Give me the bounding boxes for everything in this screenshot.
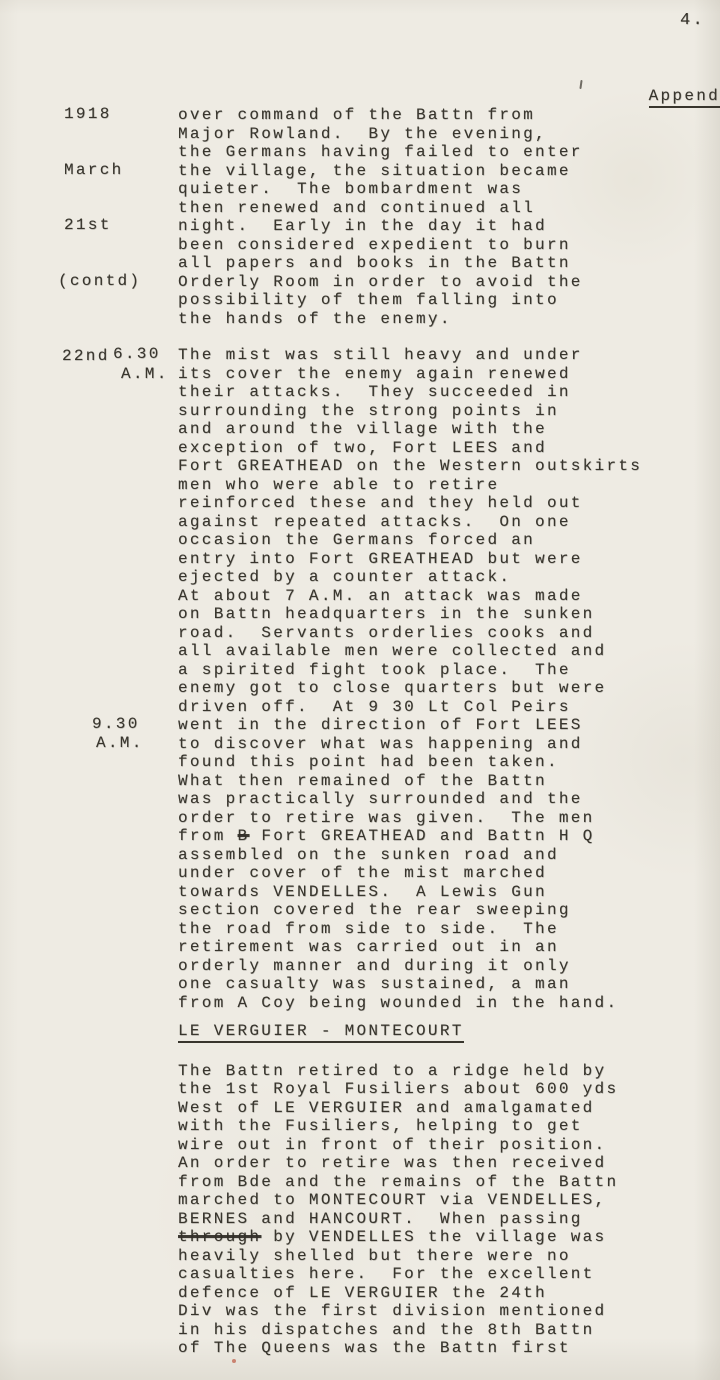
text-line: from Bde and the remains of the Battn <box>178 1173 642 1192</box>
text-line: assembled on the sunken road and <box>178 846 642 865</box>
date-block: 1918 March 21st (contd) <box>64 68 141 327</box>
text-line: the hands of the enemy. <box>178 310 642 329</box>
text-line: driven off. At 9 30 Lt Col Peirs <box>178 698 642 717</box>
text-line: been considered expedient to burn <box>178 236 642 255</box>
text-line: ejected by a counter attack. <box>178 568 642 587</box>
text-line: through by VENDELLES the village was <box>178 1228 642 1247</box>
text-line: its cover the enemy again renewed <box>178 365 642 384</box>
text-line: all available men were collected and <box>178 642 642 661</box>
text-line: on Battn headquarters in the sunken <box>178 605 642 624</box>
text-line: in his dispatches and the 8th Battn <box>178 1321 642 1340</box>
page-number: 4. <box>680 12 705 31</box>
text-line: BERNES and HANCOURT. When passing <box>178 1210 642 1229</box>
meridiem-930: A.M. <box>96 734 144 753</box>
text-line: the village, the situation became <box>178 162 642 181</box>
text-line: over command of the Battn from <box>178 106 642 125</box>
text-line: Orderly Room in order to avoid the <box>178 273 642 292</box>
text-line: exception of two, Fort LEES and <box>178 439 642 458</box>
date-day-contd: (contd) <box>58 272 141 291</box>
text-line: occasion the Germans forced an <box>178 531 642 550</box>
text-line: What then remained of the Battn <box>178 772 642 791</box>
text-line: their attacks. They succeeded in <box>178 383 642 402</box>
text-line: to discover what was happening and <box>178 735 642 754</box>
text-line: enemy got to close quarters but were <box>178 679 642 698</box>
time-630: 6.30 <box>113 345 161 364</box>
text-line: surrounding the strong points in <box>178 402 642 421</box>
paper-sheet: 4. Appendix. 1918 March 21st (contd) 22n… <box>0 0 720 1380</box>
text-line: Div was the first division mentioned <box>178 1302 642 1321</box>
date-day: 21st <box>64 216 141 235</box>
text-line: towards VENDELLES. A Lewis Gun <box>178 883 642 902</box>
ink-speck <box>232 1359 236 1363</box>
text-line: order to retire was given. The men <box>178 809 642 828</box>
text-line: entry into Fort GREATHEAD but were <box>178 550 642 569</box>
text-line: orderly manner and during it only <box>178 957 642 976</box>
meridiem-630: A.M. <box>121 365 169 384</box>
text-line: At about 7 A.M. an attack was made <box>178 587 642 606</box>
text-line: heavily shelled but there were no <box>178 1247 642 1266</box>
text-line: The mist was still heavy and under <box>178 346 642 365</box>
text-line: the Germans having failed to enter <box>178 143 642 162</box>
text-line: LE VERGUIER - MONTECOURT <box>178 1022 642 1041</box>
section-heading: LE VERGUIER - MONTECOURT <box>178 1022 642 1041</box>
text-line: West of LE VERGUIER and amalgamated <box>178 1099 642 1118</box>
date-year: 1918 <box>64 105 141 124</box>
text-line: men who were able to retire <box>178 476 642 495</box>
text-line: and around the village with the <box>178 420 642 439</box>
text-line: retirement was carried out in an <box>178 938 642 957</box>
text-line: of The Queens was the Battn first <box>178 1339 642 1358</box>
text-line: Major Rowland. By the evening, <box>178 125 642 144</box>
text-line: The Battn retired to a ridge held by <box>178 1062 642 1081</box>
text-line: all papers and books in the Battn <box>178 254 642 273</box>
text-line: casualties here. For the excellent <box>178 1265 642 1284</box>
text-line: from A Coy being wounded in the hand. <box>178 994 642 1013</box>
text-line: found this point had been taken. <box>178 753 642 772</box>
text-line: one casualty was sustained, a man <box>178 975 642 994</box>
text-line: reinforced these and they held out <box>178 494 642 513</box>
paragraph: over command of the Battn fromMajor Rowl… <box>178 106 642 328</box>
text-line: wire out in front of their position. <box>178 1136 642 1155</box>
text-line: defence of LE VERGUIER the 24th <box>178 1284 642 1303</box>
text-line: under cover of the mist marched <box>178 864 642 883</box>
text-line: then renewed and continued all <box>178 199 642 218</box>
date-month: March <box>64 161 141 180</box>
time-930: 9.30 <box>92 715 140 734</box>
date-day-22: 22nd <box>62 347 110 366</box>
appendix-label: Appendix. <box>649 87 720 108</box>
text-line: road. Servants orderlies cooks and <box>178 624 642 643</box>
text-line: Fort GREATHEAD on the Western outskirts <box>178 457 642 476</box>
paragraph: The mist was still heavy and underits co… <box>178 346 642 1012</box>
text-line: was practically surrounded and the <box>178 790 642 809</box>
text-line: section covered the rear sweeping <box>178 901 642 920</box>
text-line: with the Fusiliers, helping to get <box>178 1117 642 1136</box>
text-line: against repeated attacks. On one <box>178 513 642 532</box>
text-line: a spirited fight took place. The <box>178 661 642 680</box>
text-line: night. Early in the day it had <box>178 217 642 236</box>
text-line: from B Fort GREATHEAD and Battn H Q <box>178 827 642 846</box>
text-line: An order to retire was then received <box>178 1154 642 1173</box>
text-line: the road from side to side. The <box>178 920 642 939</box>
document-body: over command of the Battn fromMajor Rowl… <box>178 106 642 1358</box>
text-line: possibility of them falling into <box>178 291 642 310</box>
text-line: the 1st Royal Fusiliers about 600 yds <box>178 1080 642 1099</box>
pen-mark <box>579 80 582 89</box>
paragraph: The Battn retired to a ridge held bythe … <box>178 1062 642 1358</box>
text-line: marched to MONTECOURT via VENDELLES, <box>178 1191 642 1210</box>
text-line: quieter. The bombardment was <box>178 180 642 199</box>
text-line: went in the direction of Fort LEES <box>178 716 642 735</box>
